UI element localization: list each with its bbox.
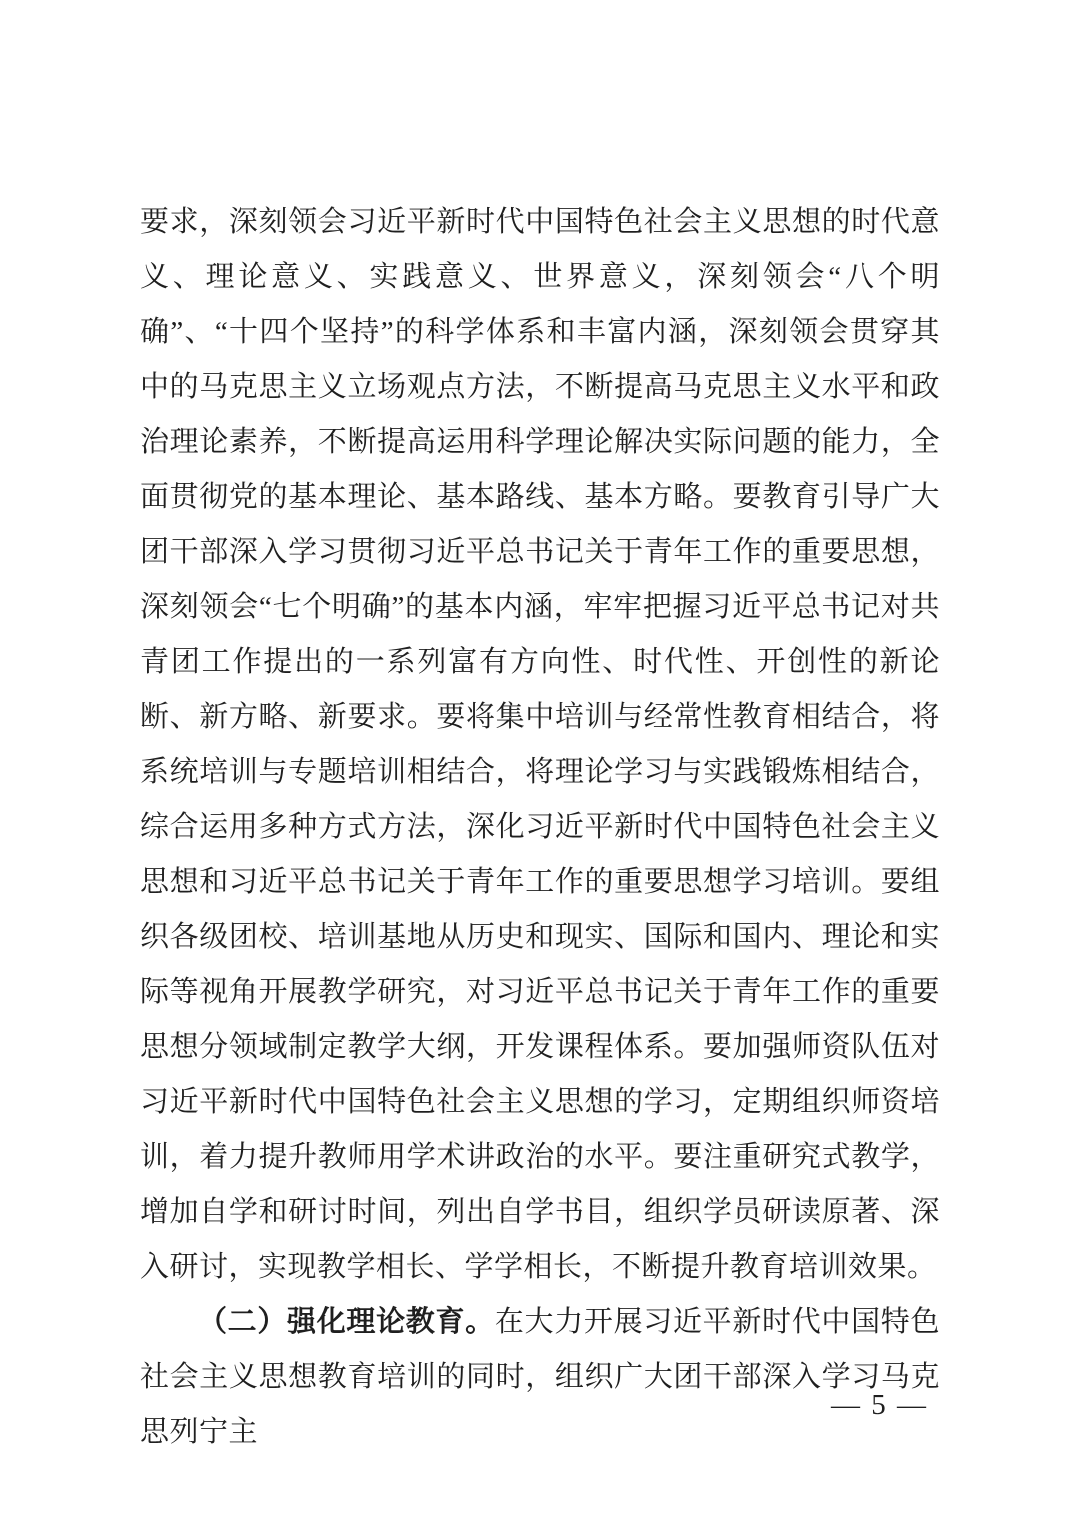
page-number: — 5 — xyxy=(831,1388,928,1422)
section-two-heading: （二）强化理论教育。 xyxy=(198,1306,495,1338)
document-body: 要求，深刻领会习近平新时代中国特色社会主义思想的时代意义、理论意义、实践意义、世… xyxy=(140,195,940,1460)
paragraph-section-two: （二）强化理论教育。在大力开展习近平新时代中国特色社会主义思想教育培训的同时，组… xyxy=(140,1295,940,1460)
paragraph-continuation: 要求，深刻领会习近平新时代中国特色社会主义思想的时代意义、理论意义、实践意义、世… xyxy=(140,195,940,1295)
document-page: 要求，深刻领会习近平新时代中国特色社会主义思想的时代意义、理论意义、实践意义、世… xyxy=(0,0,1080,1527)
